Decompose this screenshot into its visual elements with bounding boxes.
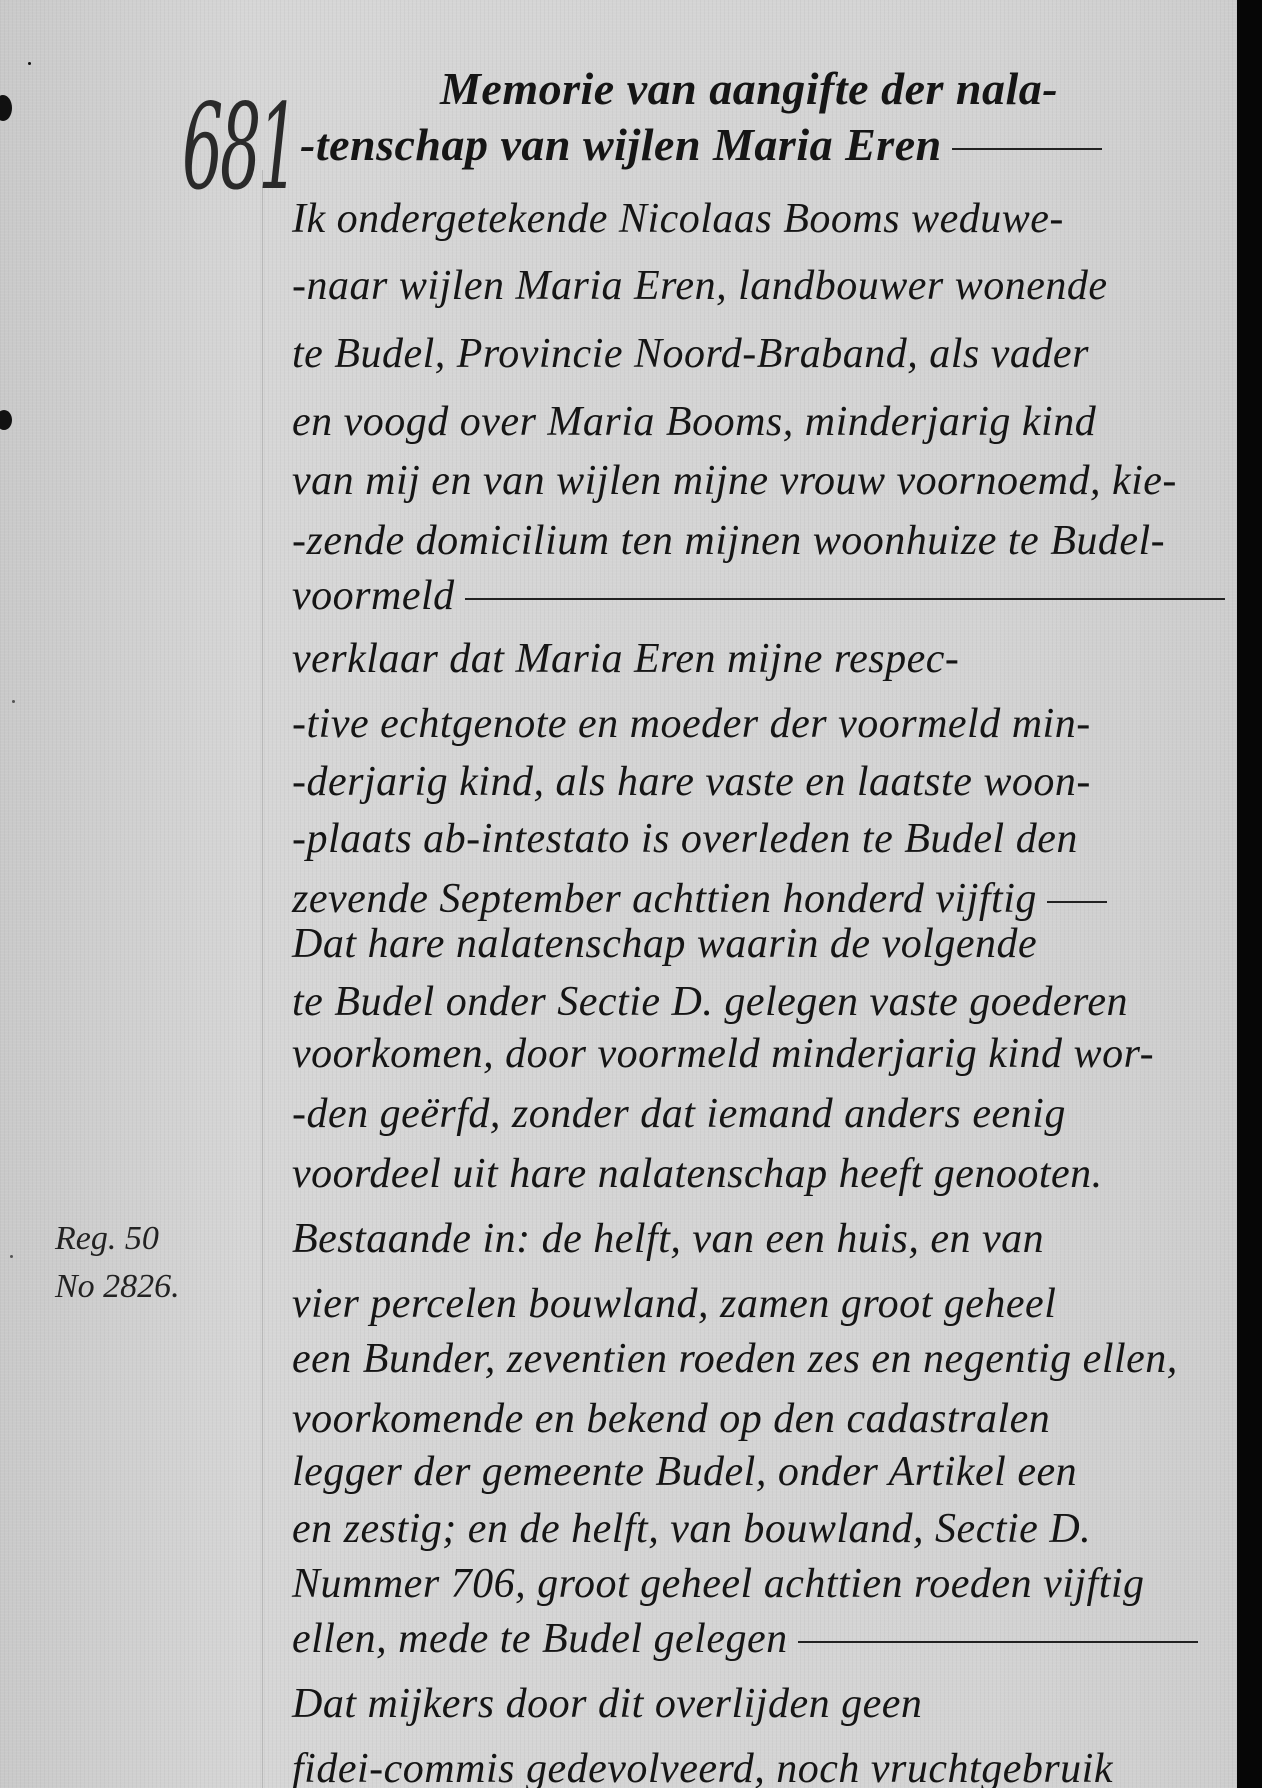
ink-speck [10,1255,13,1258]
document-page: 681 Memorie van aangifte der nala- -tens… [0,0,1237,1788]
ink-speck [28,62,31,65]
body-line: vier percelen bouwland, zamen groot gehe… [292,1280,1056,1328]
body-line: voorkomen, door voormeld minderjarig kin… [292,1030,1154,1078]
line-filler-rule [1047,901,1107,903]
body-line: te Budel, Provincie Noord-Braband, als v… [292,330,1089,378]
body-line: Bestaande in: de helft, van een huis, en… [292,1215,1044,1263]
body-line-text: ellen, mede te Budel gelegen [292,1616,788,1662]
body-line: Dat hare nalatenschap waarin de volgende [292,920,1037,968]
body-line: -derjarig kind, als hare vaste en laatst… [292,758,1091,806]
body-line: voorkomende en bekend op den cadastralen [292,1395,1050,1443]
body-line: van mij en van wijlen mijne vrouw voorno… [292,457,1177,505]
line-filler-rule [465,598,1225,600]
body-line: een Bunder, zeventien roeden zes en nege… [292,1335,1178,1383]
margin-rule [262,170,263,1788]
line-filler-rule [952,148,1102,150]
body-line: voormeld [292,572,1225,620]
folio-number: 681 [182,78,296,216]
margin-note-register: Reg. 50 [55,1220,159,1258]
title-line-2: -tenschap van wijlen Maria Eren [300,118,1102,171]
body-line: Ik ondergetekende Nicolaas Booms weduwe- [292,195,1064,243]
body-line: legger der gemeente Budel, onder Artikel… [292,1448,1077,1496]
margin-note-number: No 2826. [55,1268,180,1306]
body-line: ellen, mede te Budel gelegen [292,1615,1198,1663]
body-line: Dat mijkers door dit overlijden geen [292,1680,922,1728]
body-line: Nummer 706, groot geheel achttien roeden… [292,1560,1145,1608]
body-line: verklaar dat Maria Eren mijne respec- [292,635,959,683]
body-line: fidei-commis gedevolveerd, noch vruchtge… [292,1745,1113,1788]
binding-hole [0,95,12,121]
body-line: -den geërfd, zonder dat iemand anders ee… [292,1090,1066,1138]
body-line: -zende domicilium ten mijnen woonhuize t… [292,517,1165,565]
title-line-2-text: -tenschap van wijlen Maria Eren [300,119,942,170]
body-line: en zestig; en de helft, van bouwland, Se… [292,1505,1091,1553]
body-line: -plaats ab-intestato is overleden te Bud… [292,815,1078,863]
body-line: zevende September achttien honderd vijft… [292,875,1107,923]
body-line: voordeel uit hare nalatenschap heeft gen… [292,1150,1103,1198]
body-line-text: voormeld [292,573,455,619]
body-line: -tive echtgenote en moeder der voormeld … [292,700,1091,748]
body-line-text: zevende September achttien honderd vijft… [292,876,1037,922]
title-line-1: Memorie van aangifte der nala- [440,62,1058,115]
body-line: en voogd over Maria Booms, minderjarig k… [292,398,1096,446]
body-line: te Budel onder Sectie D. gelegen vaste g… [292,978,1128,1026]
ink-speck [12,700,15,703]
scan-edge [1237,0,1262,1788]
body-line: -naar wijlen Maria Eren, landbouwer wone… [292,262,1108,310]
line-filler-rule [798,1641,1198,1643]
binding-hole [0,410,12,430]
